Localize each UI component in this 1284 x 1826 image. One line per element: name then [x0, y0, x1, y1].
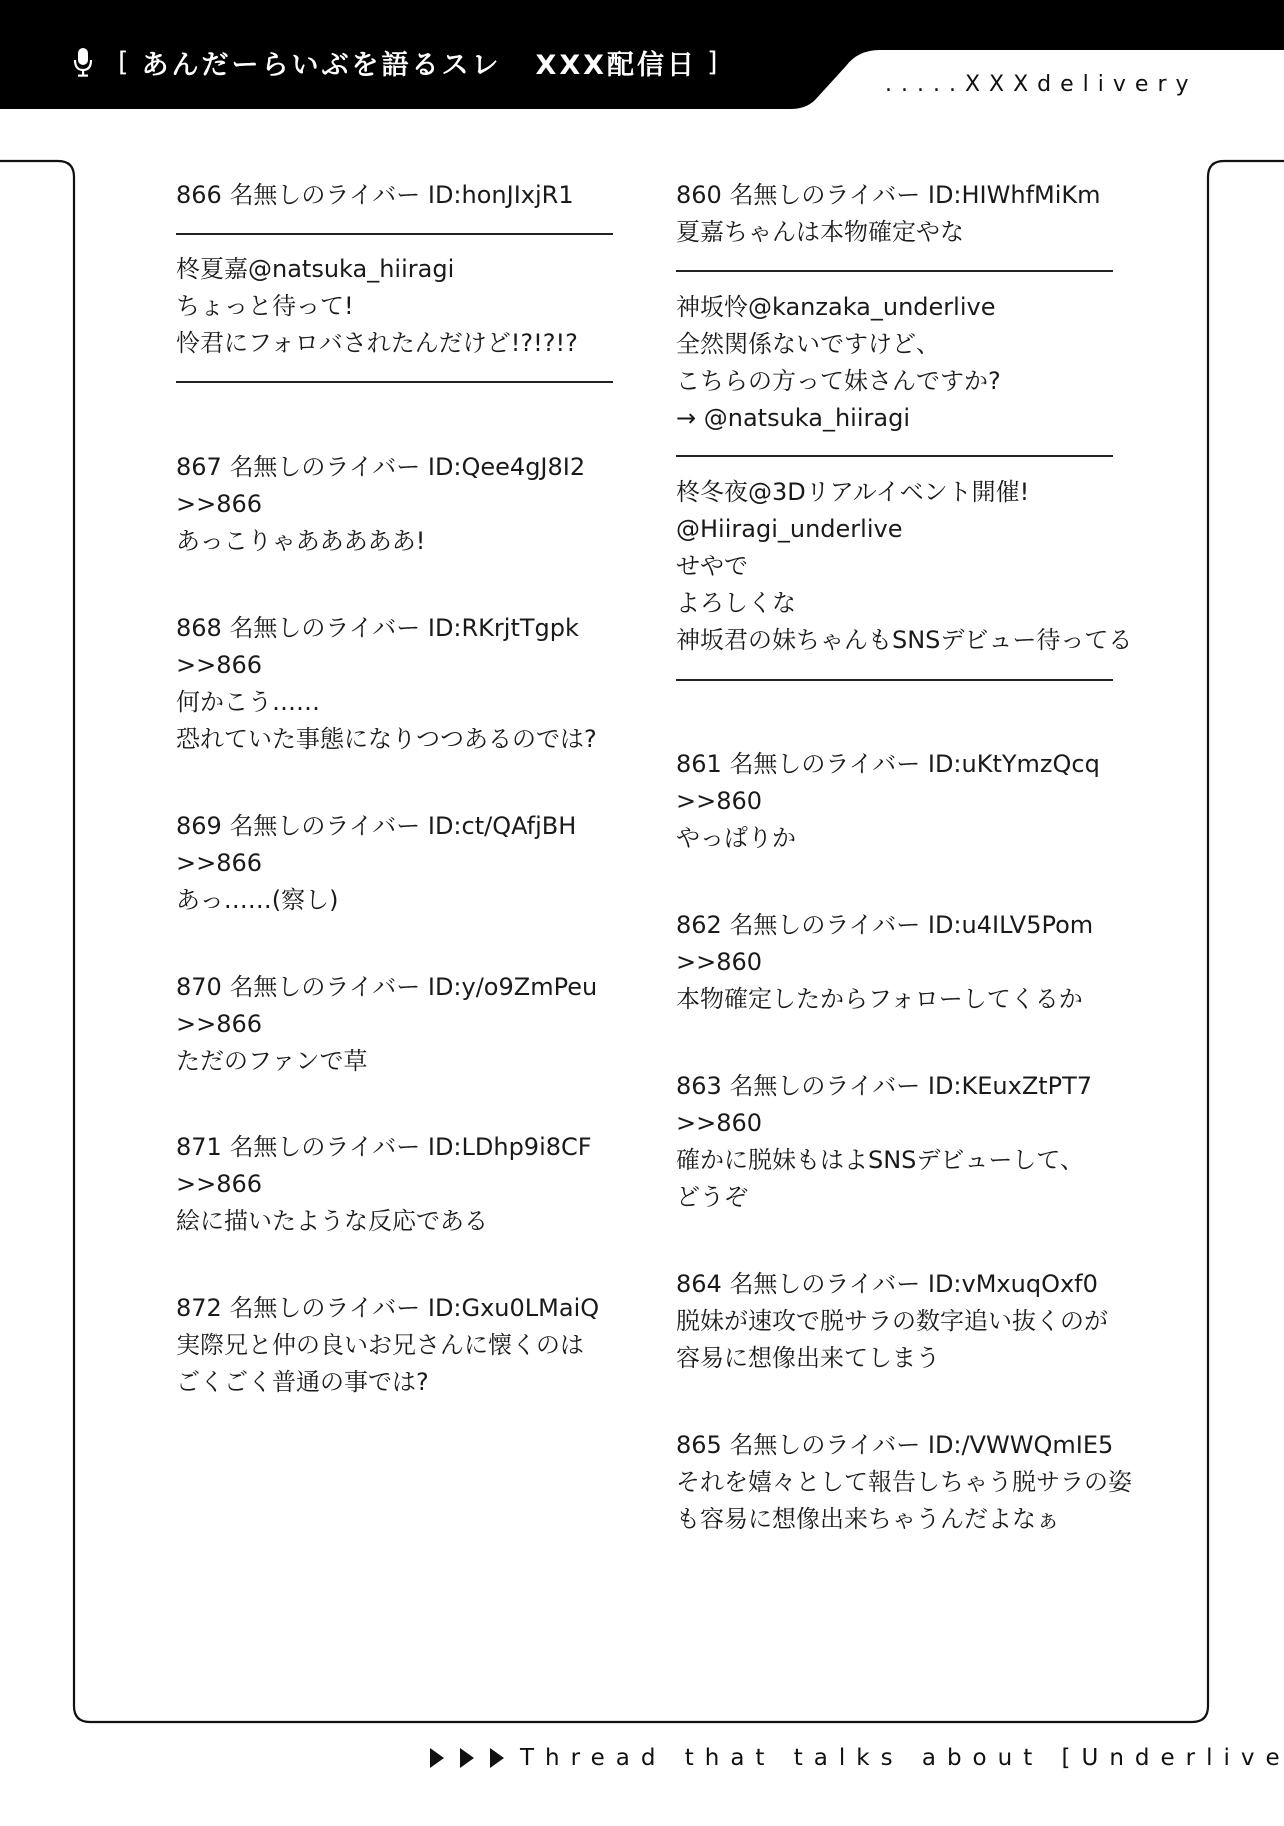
- post-line: >>860: [676, 947, 762, 977]
- post-line: 脱妹が速攻で脱サラの数字追い抜くのが: [676, 1306, 1108, 1336]
- post-line: 神坂君の妹ちゃんもSNSデビュー待ってる: [676, 625, 1132, 655]
- post-line: 実際兄と仲の良いお兄さんに懐くのは: [176, 1330, 584, 1360]
- title-date-label: XXX配信日: [536, 43, 697, 82]
- post-line: → @natsuka_hiiragi: [676, 403, 910, 433]
- post-line: 全然関係ないですけど、: [676, 329, 940, 359]
- post-header: 864 名無しのライバー ID:vMxuqOxf0: [676, 1269, 1098, 1299]
- thread-title: [ あんだーらいぶを語るスレ XXX配信日 ]: [72, 42, 731, 82]
- post-line: どうぞ: [676, 1182, 748, 1212]
- post-line: >>866: [176, 650, 262, 680]
- triangle-arrow-icon: [490, 1748, 504, 1768]
- post-line: >>866: [176, 489, 262, 519]
- triangle-arrow-icon: [460, 1748, 474, 1768]
- footer-tagline: Thread that talks about [Underlive]: [430, 1745, 1284, 1771]
- post-line: 柊冬夜@3Dリアルイベント開催!: [676, 477, 1029, 507]
- post-line: 恐れていた事態になりつつあるのでは?: [176, 724, 597, 754]
- post-line: こちらの方って妹さんですか?: [676, 366, 1001, 396]
- post-line: ごくごく普通の事では?: [176, 1367, 429, 1397]
- post-line: >>866: [176, 848, 262, 878]
- post-line: 神坂怜@kanzaka_underlive: [676, 292, 995, 322]
- post-header: 860 名無しのライバー ID:HIWhfMiKm: [676, 180, 1101, 210]
- delivery-subtitle: .....XXXdelivery: [885, 72, 1198, 97]
- post-line: >>866: [176, 1169, 262, 1199]
- post-line: >>866: [176, 1009, 262, 1039]
- post-line: 何かこう……: [176, 687, 320, 717]
- post-header: 863 名無しのライバー ID:KEuxZtPT7: [676, 1071, 1092, 1101]
- triangle-arrow-icon: [430, 1748, 444, 1768]
- microphone-icon: [72, 46, 94, 78]
- title-bracket-open: [: [118, 47, 132, 78]
- post-line: それを嬉々として報告しちゃう脱サラの姿: [676, 1467, 1132, 1497]
- post-line: 怜君にフォロバされたんだけど!?!?!?: [176, 328, 578, 358]
- divider-line: [676, 270, 1113, 272]
- divider-line: [676, 455, 1113, 457]
- post-line: 確かに脱妹もはよSNSデビューして、: [676, 1145, 1084, 1175]
- post-line: あっ……(察し): [176, 885, 339, 915]
- footer-text: Thread that talks about [Underlive]: [520, 1745, 1284, 1771]
- post-header: 868 名無しのライバー ID:RKrjtTgpk: [176, 613, 579, 643]
- post-line: あっこりゃあああああ!: [176, 526, 425, 556]
- post-header: 862 名無しのライバー ID:u4ILV5Pom: [676, 910, 1093, 940]
- post-header: 872 名無しのライバー ID:Gxu0LMaiQ: [176, 1293, 599, 1323]
- post-line: >>860: [676, 1108, 762, 1138]
- post-line: も容易に想像出来ちゃうんだよなぁ: [676, 1504, 1060, 1534]
- title-bracket-close: ]: [707, 47, 721, 78]
- post-line: 本物確定したからフォローしてくるか: [676, 984, 1083, 1014]
- post-line: よろしくな: [676, 588, 796, 618]
- post-header: 869 名無しのライバー ID:ct/QAfjBH: [176, 811, 576, 841]
- post-line: 夏嘉ちゃんは本物確定やな: [676, 217, 964, 247]
- divider-line: [176, 381, 613, 383]
- post-line: ただのファンで草: [176, 1046, 368, 1076]
- title-text: あんだーらいぶを語るスレ: [142, 43, 502, 82]
- divider-line: [676, 679, 1113, 681]
- post-line: 絵に描いたような反応である: [176, 1206, 488, 1236]
- divider-line: [176, 233, 613, 235]
- post-header: 867 名無しのライバー ID:Qee4gJ8I2: [176, 452, 585, 482]
- post-header: 871 名無しのライバー ID:LDhp9i8CF: [176, 1132, 592, 1162]
- post-header: 861 名無しのライバー ID:uKtYmzQcq: [676, 749, 1100, 779]
- post-header: 866 名無しのライバー ID:honJIxjR1: [176, 180, 574, 210]
- post-line: ちょっと待って!: [176, 291, 354, 321]
- post-line: >>860: [676, 786, 762, 816]
- post-line: やっぱりか: [676, 823, 796, 853]
- post-line: せやで: [676, 551, 748, 581]
- post-header: 865 名無しのライバー ID:/VWWQmIE5: [676, 1430, 1113, 1460]
- post-line: 柊夏嘉@natsuka_hiiragi: [176, 254, 454, 284]
- post-header: 870 名無しのライバー ID:y/o9ZmPeu: [176, 972, 597, 1002]
- post-line: 容易に想像出来てしまう: [676, 1343, 940, 1373]
- post-line: @Hiiragi_underlive: [676, 514, 902, 544]
